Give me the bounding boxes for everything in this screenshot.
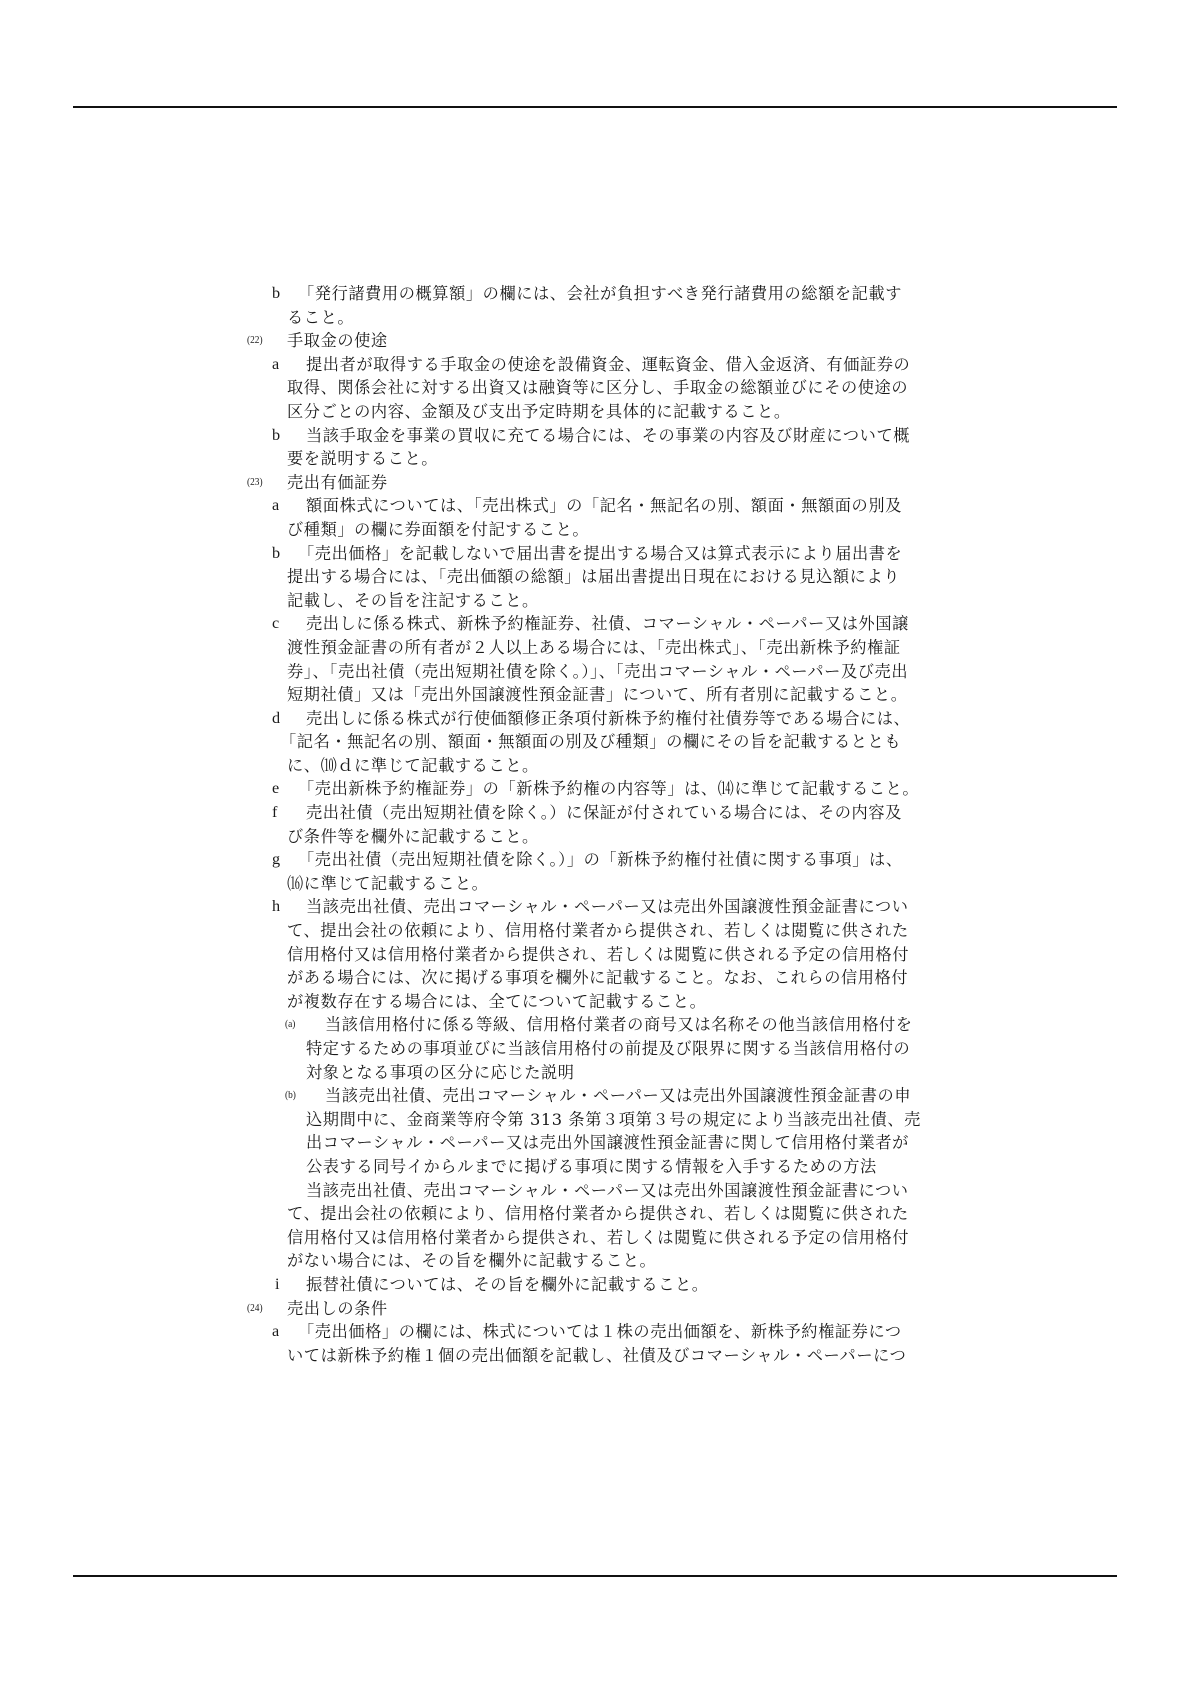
line-text: 券」、「売出社債（売出短期社債を除く。）」、「売出コマーシャル・ペーパー及び売出: [287, 660, 908, 684]
footer-rule: [73, 1575, 1117, 1577]
line-text: 当該手取金を事業の買収に充てる場合には、その事業の内容及び財産について概: [306, 424, 910, 448]
text-line: 特定するための事項並びに当該信用格付の前提及び限界に関する当該信用格付の: [0, 1037, 1192, 1061]
item-letter: e: [272, 777, 280, 801]
line-text: 売出社債（売出短期社債を除く。）に保証が付されている場合には、その内容及: [306, 801, 902, 825]
line-text: 信用格付又は信用格付業者から提供され、若しくは閲覧に供される予定の信用格付: [287, 1226, 909, 1250]
text-line: び種類」の欄に券面額を付記すること。: [0, 518, 1192, 542]
text-line: て、提出会社の依頼により、信用格付業者から提供され、若しくは閲覧に供された: [0, 919, 1192, 943]
text-line: 信用格付又は信用格付業者から提供され、若しくは閲覧に供される予定の信用格付: [0, 1226, 1192, 1250]
item-letter: b: [272, 282, 281, 306]
line-text: 売出しの条件: [287, 1297, 388, 1321]
item-letter: i: [275, 1273, 280, 1297]
text-line: c売出しに係る株式、新株予約権証券、社債、コマーシャル・ペーパー又は外国譲: [0, 612, 1192, 636]
text-line: て、提出会社の依頼により、信用格付業者から提供され、若しくは閲覧に供された: [0, 1202, 1192, 1226]
line-text: び種類」の欄に券面額を付記すること。: [287, 518, 589, 542]
text-line: に、⑽ｄに準じて記載すること。: [0, 754, 1192, 778]
line-text: 当該信用格付に係る等級、信用格付業者の商号又は名称その他当該信用格付を: [325, 1013, 913, 1037]
line-text: 記載し、その旨を注記すること。: [287, 589, 539, 613]
item-letter: c: [272, 612, 280, 636]
text-line: g「売出社債（売出短期社債を除く。）」の「新株予約権付社債に関する事項」は、: [0, 848, 1192, 872]
text-line: (b)当該売出社債、売出コマーシャル・ペーパー又は売出外国譲渡性預金証書の申: [0, 1084, 1192, 1108]
text-line: 当該売出社債、売出コマーシャル・ペーパー又は売出外国譲渡性預金証書につい: [0, 1179, 1192, 1203]
text-line: h当該売出社債、売出コマーシャル・ペーパー又は売出外国譲渡性預金証書につい: [0, 895, 1192, 919]
text-line: 区分ごとの内容、金額及び支出予定時期を具体的に記載すること。: [0, 400, 1192, 424]
section-number: (b): [285, 1084, 296, 1108]
line-text: 売出しに係る株式が行使価額修正条項付新株予約権付社債券等である場合には、: [306, 707, 910, 731]
line-text: に、⑽ｄに準じて記載すること。: [287, 754, 539, 778]
line-text: 公表する同号イからルまでに掲げる事項に関する情報を入手するための方法: [306, 1155, 877, 1179]
line-text: がある場合には、次に掲げる事項を欄外に記載すること。なお、これらの信用格付: [287, 966, 908, 990]
line-text: 渡性預金証書の所有者が２人以上ある場合には、「売出株式」、「売出新株予約権証: [287, 636, 901, 660]
item-letter: g: [272, 848, 281, 872]
text-line: 提出する場合には、「売出価額の総額」は届出書提出日現在における見込額により: [0, 565, 1192, 589]
text-line: 込期間中に、金商業等府令第 313 条第３項第３号の規定により当該売出社債、売: [0, 1108, 1192, 1132]
text-line: i振替社債については、その旨を欄外に記載すること。: [0, 1273, 1192, 1297]
line-text: 短期社債」又は「売出外国譲渡性預金証書」について、所有者別に記載すること。: [287, 683, 908, 707]
item-letter: a: [272, 1320, 280, 1344]
line-text: び条件等を欄外に記載すること。: [287, 825, 539, 849]
text-line: (24)売出しの条件: [0, 1297, 1192, 1321]
text-line: 公表する同号イからルまでに掲げる事項に関する情報を入手するための方法: [0, 1155, 1192, 1179]
item-letter: d: [272, 707, 281, 731]
text-line: 短期社債」又は「売出外国譲渡性預金証書」について、所有者別に記載すること。: [0, 683, 1192, 707]
text-line: f売出社債（売出短期社債を除く。）に保証が付されている場合には、その内容及: [0, 801, 1192, 825]
line-text: ⒃に準じて記載すること。: [287, 872, 488, 896]
line-text: 提出者が取得する手取金の使途を設備資金、運転資金、借入金返済、有価証券の: [306, 353, 910, 377]
text-line: 対象となる事項の区分に応じた説明: [0, 1061, 1192, 1085]
item-letter: b: [272, 542, 281, 566]
line-text: 「売出価格」を記載しないで届出書を提出する場合又は算式表示により届出書を: [298, 542, 902, 566]
line-text: 出コマーシャル・ペーパー又は売出外国譲渡性預金証書に関して信用格付業者が: [306, 1131, 909, 1155]
line-text: 要を説明すること。: [287, 447, 438, 471]
line-text: 売出しに係る株式、新株予約権証券、社債、コマーシャル・ペーパー又は外国譲: [306, 612, 909, 636]
line-text: 振替社債については、その旨を欄外に記載すること。: [306, 1273, 709, 1297]
section-number: (23): [247, 471, 263, 495]
text-line: 信用格付又は信用格付業者から提供され、若しくは閲覧に供される予定の信用格付: [0, 943, 1192, 967]
text-line: いては新株予約権１個の売出価額を記載し、社債及びコマーシャル・ペーパーにつ: [0, 1344, 1192, 1368]
line-text: がない場合には、その旨を欄外に記載すること。: [287, 1249, 656, 1273]
header-rule: [73, 106, 1117, 108]
text-line: ⒃に準じて記載すること。: [0, 872, 1192, 896]
line-text: て、提出会社の依頼により、信用格付業者から提供され、若しくは閲覧に供された: [287, 1202, 909, 1226]
line-text: 特定するための事項並びに当該信用格付の前提及び限界に関する当該信用格付の: [306, 1037, 910, 1061]
line-text: が複数存在する場合には、全てについて記載すること。: [287, 990, 706, 1014]
line-text: て、提出会社の依頼により、信用格付業者から提供され、若しくは閲覧に供された: [287, 919, 909, 943]
section-number: (22): [247, 329, 263, 353]
line-text: 手取金の使途: [287, 329, 388, 353]
line-text: 対象となる事項の区分に応じた説明: [306, 1061, 575, 1085]
item-letter: h: [272, 895, 281, 919]
line-text: 信用格付又は信用格付業者から提供され、若しくは閲覧に供される予定の信用格付: [287, 943, 909, 967]
text-line: ること。: [0, 306, 1192, 330]
text-line: がない場合には、その旨を欄外に記載すること。: [0, 1249, 1192, 1273]
line-text: 区分ごとの内容、金額及び支出予定時期を具体的に記載すること。: [287, 400, 791, 424]
text-line: (23)売出有価証券: [0, 471, 1192, 495]
item-letter: a: [272, 494, 280, 518]
text-line: 渡性預金証書の所有者が２人以上ある場合には、「売出株式」、「売出新株予約権証: [0, 636, 1192, 660]
line-text: いては新株予約権１個の売出価額を記載し、社債及びコマーシャル・ペーパーにつ: [287, 1344, 906, 1368]
text-line: b「発行諸費用の概算額」の欄には、会社が負担すべき発行諸費用の総額を記載す: [0, 282, 1192, 306]
item-letter: a: [272, 353, 280, 377]
line-text: 取得、関係会社に対する出資又は融資等に区分し、手取金の総額並びにその使途の: [287, 376, 908, 400]
line-text: 当該売出社債、売出コマーシャル・ペーパー又は売出外国譲渡性預金証書につい: [306, 895, 909, 919]
text-line: 記載し、その旨を注記すること。: [0, 589, 1192, 613]
text-line: が複数存在する場合には、全てについて記載すること。: [0, 990, 1192, 1014]
line-text: 「売出新株予約権証券」の「新株予約権の内容等」は、⒁に準じて記載すること。: [298, 777, 919, 801]
text-line: (22)手取金の使途: [0, 329, 1192, 353]
text-line: a額面株式については、「売出株式」の「記名・無記名の別、額面・無額面の別及: [0, 494, 1192, 518]
line-text: 売出有価証券: [287, 471, 388, 495]
text-line: 取得、関係会社に対する出資又は融資等に区分し、手取金の総額並びにその使途の: [0, 376, 1192, 400]
text-line: a「売出価格」の欄には、株式については１株の売出価額を、新株予約権証券につ: [0, 1320, 1192, 1344]
item-letter: f: [272, 801, 278, 825]
text-line: e「売出新株予約権証券」の「新株予約権の内容等」は、⒁に準じて記載すること。: [0, 777, 1192, 801]
section-number: (24): [247, 1297, 263, 1321]
line-text: ること。: [287, 306, 354, 330]
line-text: 提出する場合には、「売出価額の総額」は届出書提出日現在における見込額により: [287, 565, 900, 589]
document-body: b「発行諸費用の概算額」の欄には、会社が負担すべき発行諸費用の総額を記載すること…: [0, 282, 1192, 1367]
text-line: 出コマーシャル・ペーパー又は売出外国譲渡性預金証書に関して信用格付業者が: [0, 1131, 1192, 1155]
item-letter: b: [272, 424, 281, 448]
line-text: 込期間中に、金商業等府令第 313 条第３項第３号の規定により当該売出社債、売: [306, 1108, 921, 1132]
line-text: 額面株式については、「売出株式」の「記名・無記名の別、額面・無額面の別及: [306, 494, 902, 518]
text-line: b当該手取金を事業の買収に充てる場合には、その事業の内容及び財産について概: [0, 424, 1192, 448]
line-text: 当該売出社債、売出コマーシャル・ペーパー又は売出外国譲渡性預金証書の申: [325, 1084, 911, 1108]
text-line: び条件等を欄外に記載すること。: [0, 825, 1192, 849]
text-line: d売出しに係る株式が行使価額修正条項付新株予約権付社債券等である場合には、: [0, 707, 1192, 731]
text-line: (a)当該信用格付に係る等級、信用格付業者の商号又は名称その他当該信用格付を: [0, 1013, 1192, 1037]
text-line: 要を説明すること。: [0, 447, 1192, 471]
text-line: 「記名・無記名の別、額面・無額面の別及び種類」の欄にその旨を記載するととも: [0, 730, 1192, 754]
text-line: がある場合には、次に掲げる事項を欄外に記載すること。なお、これらの信用格付: [0, 966, 1192, 990]
line-text: 「売出社債（売出短期社債を除く。）」の「新株予約権付社債に関する事項」は、: [298, 848, 903, 872]
text-line: b「売出価格」を記載しないで届出書を提出する場合又は算式表示により届出書を: [0, 542, 1192, 566]
text-line: 券」、「売出社債（売出短期社債を除く。）」、「売出コマーシャル・ペーパー及び売出: [0, 660, 1192, 684]
line-text: 「発行諸費用の概算額」の欄には、会社が負担すべき発行諸費用の総額を記載す: [298, 282, 902, 306]
line-text: 「売出価格」の欄には、株式については１株の売出価額を、新株予約権証券につ: [298, 1320, 902, 1344]
section-number: (a): [285, 1013, 295, 1037]
line-text: 「記名・無記名の別、額面・無額面の別及び種類」の欄にその旨を記載するととも: [280, 730, 901, 754]
text-line: a提出者が取得する手取金の使途を設備資金、運転資金、借入金返済、有価証券の: [0, 353, 1192, 377]
line-text: 当該売出社債、売出コマーシャル・ペーパー又は売出外国譲渡性預金証書につい: [306, 1179, 909, 1203]
